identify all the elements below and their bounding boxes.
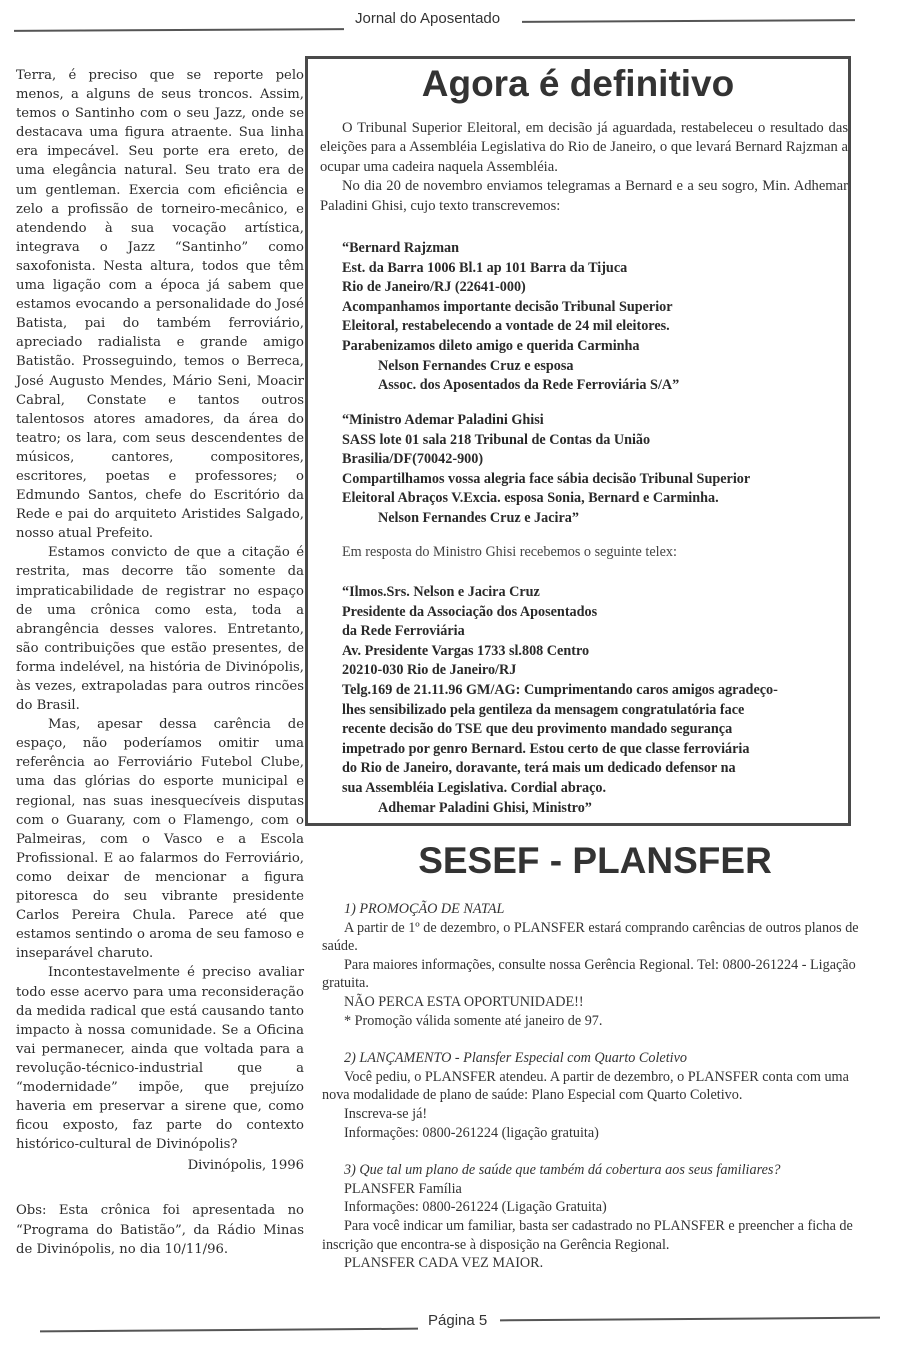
page-number: Página 5 bbox=[428, 1312, 487, 1329]
section-heading: 3) Que tal um plano de saúde que também … bbox=[322, 1161, 872, 1180]
telegram-line: Est. da Barra 1006 Bl.1 ap 101 Barra da … bbox=[342, 259, 842, 279]
section-line: A partir de 1º de dezembro, o PLANSFER e… bbox=[322, 919, 872, 956]
section-heading: 1) PROMOÇÃO DE NATAL bbox=[322, 900, 872, 919]
article-intro: O Tribunal Superior Eleitoral, em decisã… bbox=[320, 119, 848, 216]
header-rule-left bbox=[14, 28, 344, 32]
telegram-line: Eleitoral Abraços V.Excia. esposa Sonia,… bbox=[342, 489, 842, 509]
article-paragraph: Mas, apesar dessa carência de espaço, nã… bbox=[16, 715, 304, 963]
telex-signature: Adhemar Paladini Ghisi, Ministro” bbox=[342, 799, 842, 819]
telex-line: da Rede Ferroviária bbox=[342, 622, 842, 642]
telegram-line: Brasilia/DF(70042-900) bbox=[342, 450, 842, 470]
section-line: Você pediu, o PLANSFER atendeu. A partir… bbox=[322, 1068, 872, 1105]
section-line: NÃO PERCA ESTA OPORTUNIDADE!! bbox=[322, 993, 872, 1012]
left-column-article: Terra, é preciso que se reporte pelo men… bbox=[16, 66, 304, 1259]
telex-line: impetrado por genro Bernard. Estou certo… bbox=[342, 740, 842, 760]
intro-paragraph: No dia 20 de novembro enviamos telegrama… bbox=[320, 177, 848, 216]
telegram-signature: Assoc. dos Aposentados da Rede Ferroviár… bbox=[342, 376, 842, 396]
boxed-article: Agora é definitivo O Tribunal Superior E… bbox=[305, 56, 851, 826]
article-paragraph: Terra, é preciso que se reporte pelo men… bbox=[16, 66, 304, 543]
intro-paragraph: O Tribunal Superior Eleitoral, em decisã… bbox=[320, 119, 848, 177]
article-paragraph: Incontestavelmente é preciso avaliar tod… bbox=[16, 963, 304, 1154]
sesef-article: 1) PROMOÇÃO DE NATAL A partir de 1º de d… bbox=[322, 900, 872, 1273]
telegram-to-minister: “Ministro Ademar Paladini Ghisi SASS lot… bbox=[342, 411, 842, 529]
telex-line: sua Assembléia Legislativa. Cordial abra… bbox=[342, 779, 842, 799]
telegram-signature: Nelson Fernandes Cruz e esposa bbox=[342, 357, 842, 377]
telex-line: lhes sensibilizado pela gentileza da men… bbox=[342, 701, 842, 721]
telegram-line: “Ministro Ademar Paladini Ghisi bbox=[342, 411, 842, 431]
telegram-line: Compartilhamos vossa alegria face sábia … bbox=[342, 470, 842, 490]
telex-line: Telg.169 de 21.11.96 GM/AG: Cumprimentan… bbox=[342, 681, 842, 701]
article-paragraph: Estamos convicto de que a citação é rest… bbox=[16, 543, 304, 715]
telegram-line: Eleitoral, restabelecendo a vontade de 2… bbox=[342, 317, 842, 337]
telegram-line: Parabenizamos dileto amigo e querida Car… bbox=[342, 337, 842, 357]
section-line: Inscreva-se já! bbox=[322, 1105, 872, 1124]
telex-reply: “Ilmos.Srs. Nelson e Jacira Cruz Preside… bbox=[342, 583, 842, 818]
section-line: Informações: 0800-261224 (ligação gratui… bbox=[322, 1124, 872, 1143]
header-rule-right bbox=[522, 19, 855, 23]
article-signature: Divinópolis, 1996 bbox=[16, 1156, 304, 1175]
section-line: Informações: 0800-261224 (Ligação Gratui… bbox=[322, 1198, 872, 1217]
publication-title: Jornal do Aposentado bbox=[355, 10, 500, 27]
telegram-line: Acompanhamos importante decisão Tribunal… bbox=[342, 298, 842, 318]
telex-line: do Rio de Janeiro, doravante, terá mais … bbox=[342, 759, 842, 779]
section-heading: 2) LANÇAMENTO - Plansfer Especial com Qu… bbox=[322, 1049, 872, 1068]
section-line: Para você indicar um familiar, basta ser… bbox=[322, 1217, 872, 1254]
telegram-to-bernard: “Bernard Rajzman Est. da Barra 1006 Bl.1… bbox=[342, 239, 842, 396]
section-line: PLANSFER Família bbox=[322, 1180, 872, 1199]
section-line: Para maiores informações, consulte nossa… bbox=[322, 956, 872, 993]
telegram-line: SASS lote 01 sala 218 Tribunal de Contas… bbox=[342, 431, 842, 451]
telegram-line: Rio de Janeiro/RJ (22641-000) bbox=[342, 278, 842, 298]
telegram-line: “Bernard Rajzman bbox=[342, 239, 842, 259]
telex-line: “Ilmos.Srs. Nelson e Jacira Cruz bbox=[342, 583, 842, 603]
telegram-signature: Nelson Fernandes Cruz e Jacira” bbox=[342, 509, 842, 529]
section-line: PLANSFER CADA VEZ MAIOR. bbox=[322, 1254, 872, 1273]
page-header: Jornal do Aposentado bbox=[0, 10, 900, 30]
footer-rule-right bbox=[500, 1317, 880, 1322]
telex-line: 20210-030 Rio de Janeiro/RJ bbox=[342, 661, 842, 681]
section-line: * Promoção válida somente até janeiro de… bbox=[322, 1012, 872, 1031]
telex-line: Presidente da Associação dos Aposentados bbox=[342, 603, 842, 623]
footer-rule-left bbox=[40, 1328, 418, 1333]
page-footer: Página 5 bbox=[0, 1312, 900, 1332]
article-title: Agora é definitivo bbox=[308, 63, 848, 105]
telex-line: recente decisão do TSE que deu proviment… bbox=[342, 720, 842, 740]
article-note: Obs: Esta crônica foi apresentada no “Pr… bbox=[16, 1201, 304, 1258]
reply-intro: Em resposta do Ministro Ghisi recebemos … bbox=[342, 544, 677, 561]
sesef-title: SESEF - PLANSFER bbox=[310, 840, 880, 882]
telex-line: Av. Presidente Vargas 1733 sl.808 Centro bbox=[342, 642, 842, 662]
